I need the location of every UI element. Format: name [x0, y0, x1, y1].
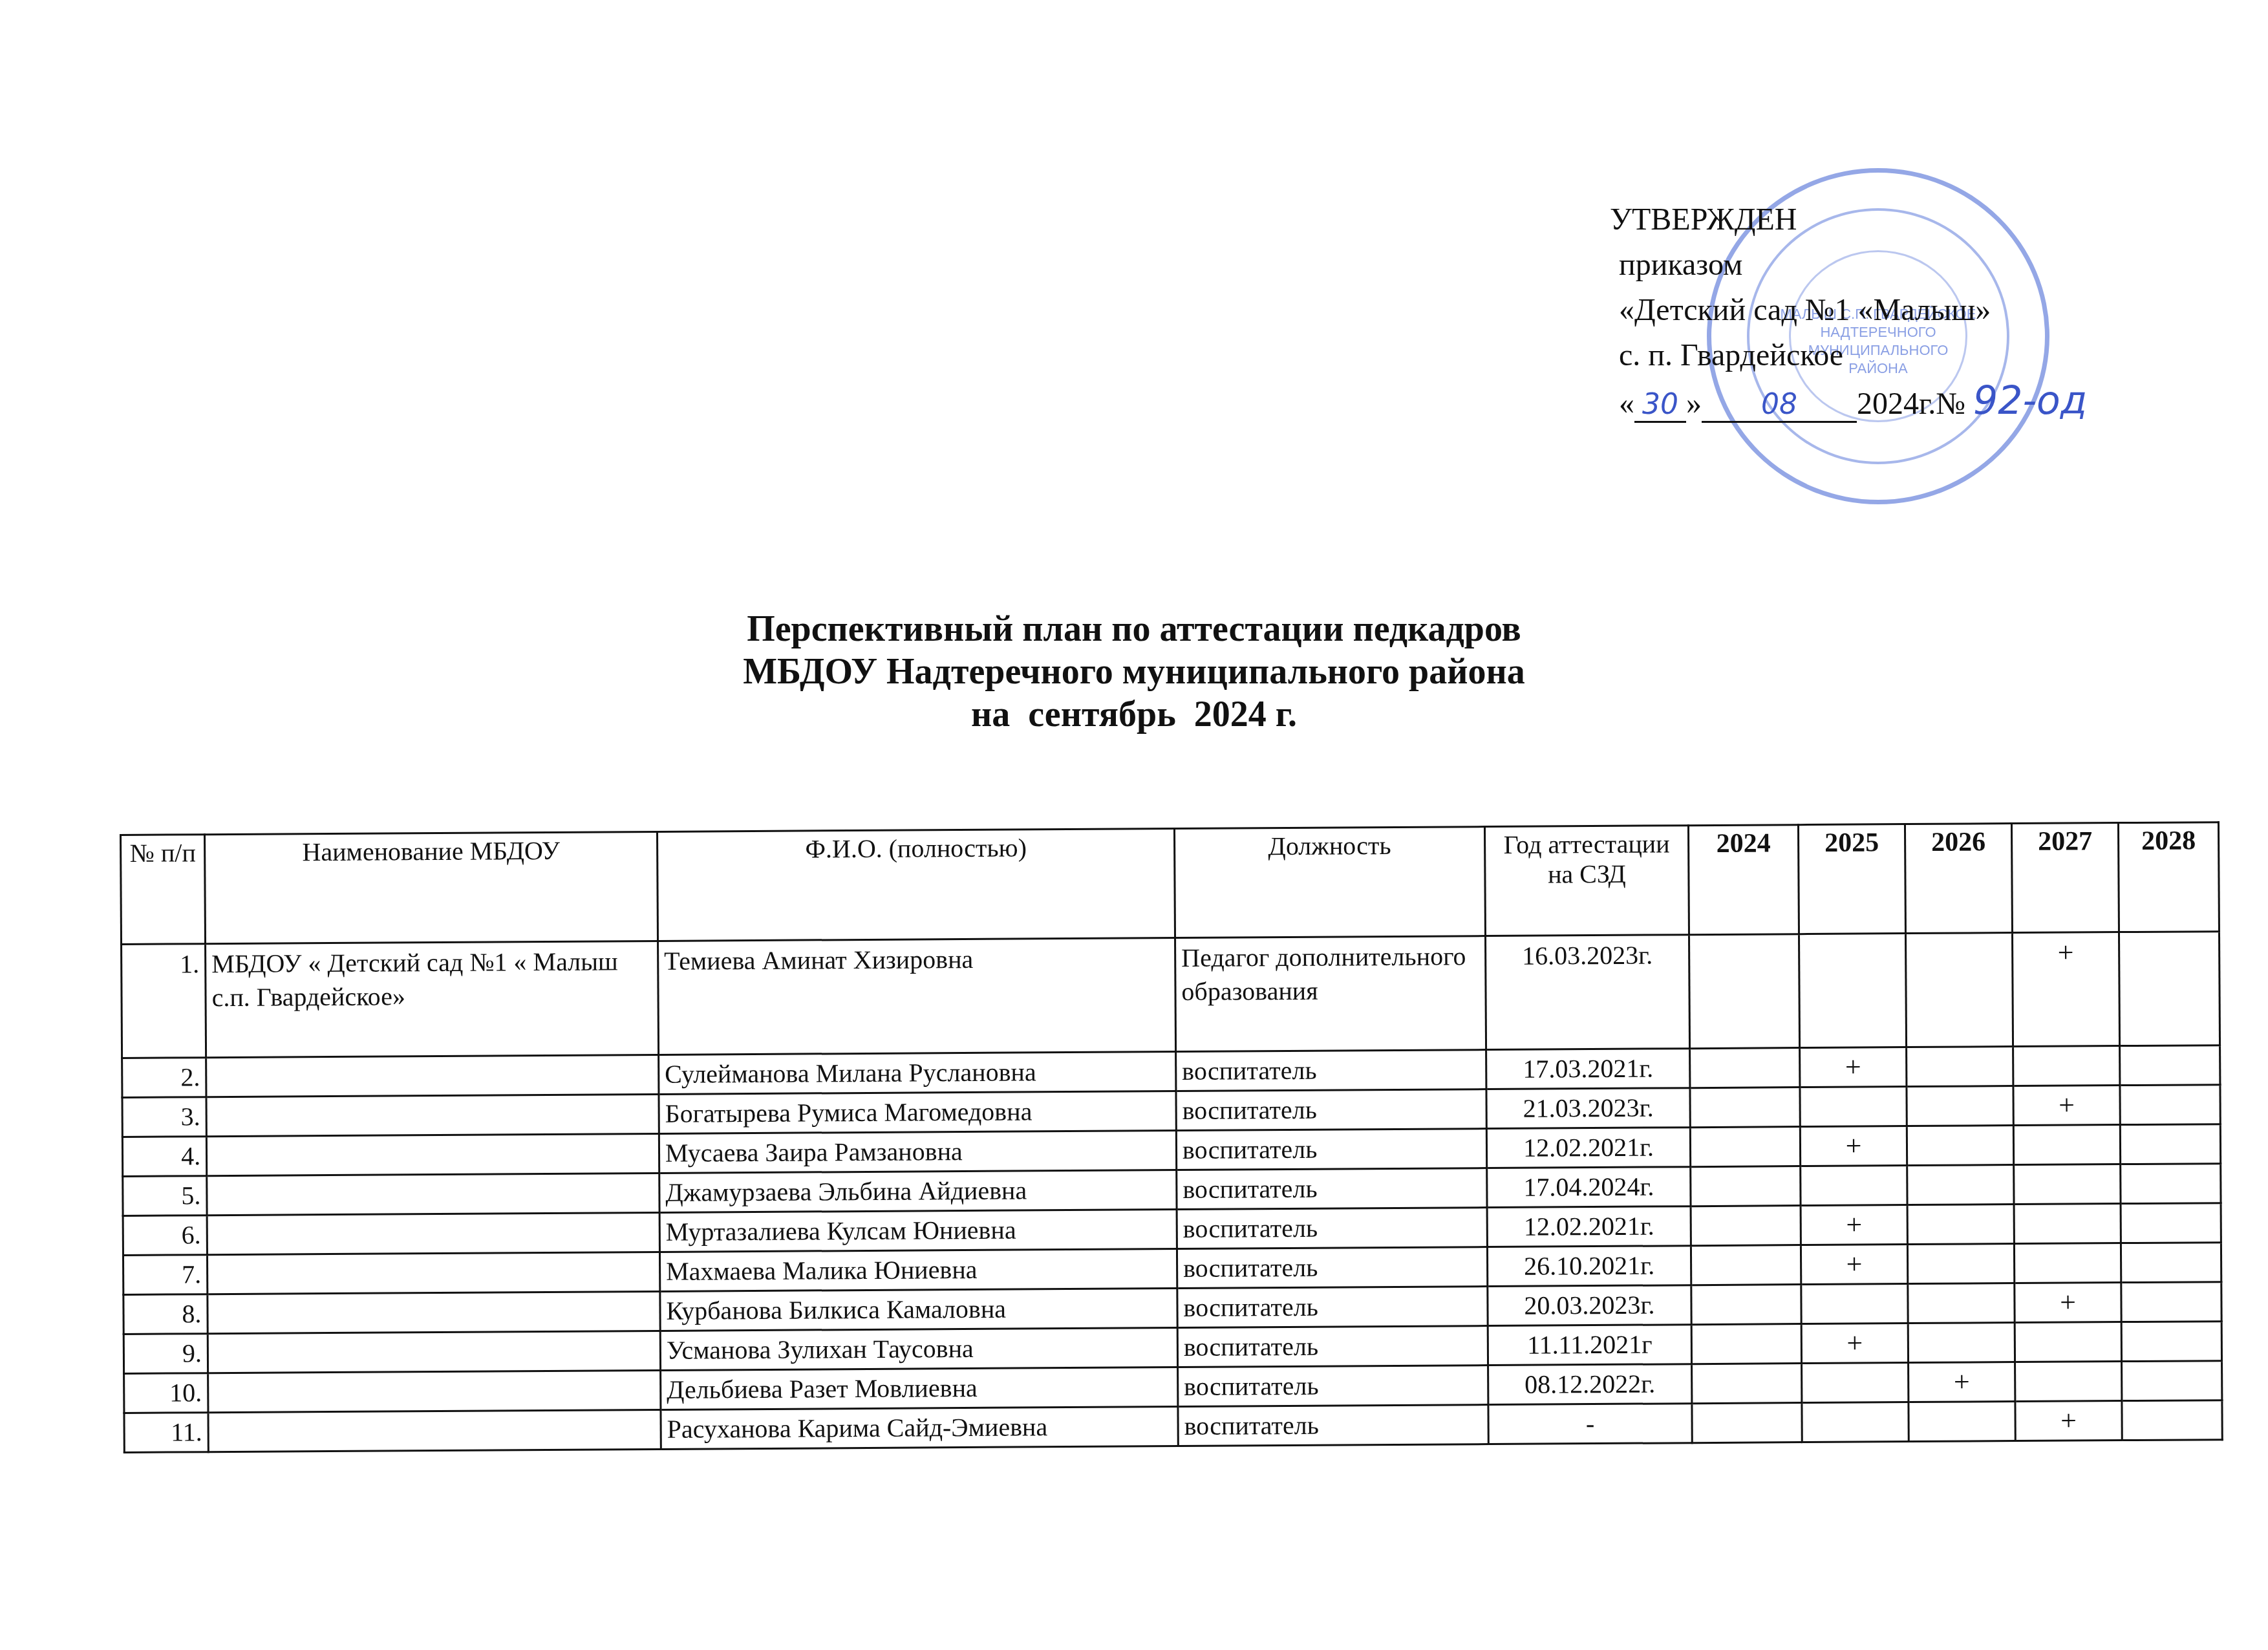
row-organization — [207, 1212, 659, 1254]
approval-order-label: приказом — [1610, 242, 2087, 288]
row-mark-2027: + — [2015, 1401, 2122, 1441]
row-mark-2024 — [1691, 1285, 1801, 1325]
row-number: 4. — [122, 1137, 206, 1177]
row-mark-2027: + — [2013, 1086, 2120, 1126]
row-mark-2026 — [1907, 1244, 2014, 1284]
row-mark-2024 — [1691, 1166, 1801, 1206]
row-mark-2024 — [1690, 1048, 1800, 1088]
row-position: воспитатель — [1176, 1050, 1486, 1091]
row-organization — [207, 1173, 659, 1215]
row-number: 10. — [124, 1373, 208, 1413]
row-organization — [208, 1331, 660, 1373]
row-mark-2028 — [2121, 1164, 2221, 1204]
row-mark-2027 — [2014, 1204, 2121, 1244]
row-number: 5. — [123, 1176, 207, 1216]
row-mark-2027 — [2015, 1322, 2121, 1362]
row-mark-2028 — [2121, 1322, 2221, 1362]
row-mark-2028 — [2120, 1045, 2220, 1086]
row-attestation-date: 17.03.2021г. — [1486, 1049, 1690, 1089]
row-mark-2026: + — [1909, 1362, 2015, 1402]
row-position: воспитатель — [1178, 1405, 1488, 1446]
approval-organization: «Детский сад №1 «Малыш» — [1610, 288, 2087, 333]
row-mark-2028 — [2120, 1124, 2220, 1164]
title-line-1: Перспективный план по аттестации педкадр… — [0, 608, 2268, 650]
row-position: воспитатель — [1177, 1287, 1488, 1328]
quote-close: » — [1686, 387, 1702, 421]
header-2027: 2027 — [2011, 823, 2119, 933]
header-2026: 2026 — [1905, 824, 2012, 934]
row-mark-2024 — [1692, 1364, 1802, 1404]
row-mark-2024 — [1691, 1245, 1801, 1285]
row-mark-2024 — [1691, 1206, 1801, 1246]
approval-settlement: с. п. Гвардейское — [1610, 333, 2087, 378]
row-position: воспитатель — [1177, 1326, 1488, 1367]
row-mark-2028 — [2122, 1361, 2222, 1401]
row-number: 3. — [122, 1097, 206, 1137]
row-organization — [206, 1133, 659, 1175]
row-mark-2028 — [2121, 1243, 2221, 1283]
row-fio: Усманова Зулихан Таусовна — [660, 1328, 1177, 1371]
row-mark-2026 — [1905, 933, 2013, 1047]
header-num: № п/п — [121, 835, 206, 945]
row-number: 2. — [122, 1058, 206, 1098]
approval-block: УТВЕРЖДЕН приказом «Детский сад №1 «Малы… — [1610, 197, 2087, 427]
row-number: 8. — [123, 1294, 208, 1334]
row-number: 1. — [122, 944, 206, 1058]
row-mark-2028 — [2121, 1203, 2221, 1243]
row-fio: Расуханова Карима Сайд-Эмиевна — [661, 1407, 1178, 1450]
approval-date-line: «30»082024г.№ 92-од — [1610, 378, 2087, 427]
row-mark-2027 — [2014, 1243, 2121, 1283]
row-organization — [206, 1094, 659, 1136]
row-mark-2028 — [2120, 1085, 2220, 1125]
row-number: 9. — [123, 1334, 208, 1374]
approval-heading: УТВЕРЖДЕН — [1610, 197, 2087, 242]
row-mark-2027: + — [2015, 1283, 2121, 1323]
row-mark-2025 — [1800, 1087, 1907, 1127]
row-mark-2027: + — [2012, 932, 2119, 1047]
table-row: 1.МБДОУ « Детский сад №1 « Малыш с.п. Гв… — [122, 932, 2220, 1058]
row-position: воспитатель — [1177, 1208, 1487, 1249]
row-mark-2025 — [1799, 934, 1906, 1048]
row-mark-2026 — [1908, 1283, 2015, 1323]
row-organization — [208, 1409, 661, 1452]
row-number: 11. — [124, 1413, 208, 1453]
row-organization — [207, 1252, 659, 1294]
row-organization — [206, 1055, 659, 1097]
table-body: 1.МБДОУ « Детский сад №1 « Малыш с.п. Гв… — [122, 932, 2223, 1453]
row-mark-2025: + — [1801, 1323, 1908, 1364]
header-2028: 2028 — [2118, 822, 2219, 932]
row-mark-2027 — [2014, 1164, 2121, 1205]
row-attestation-date: - — [1488, 1404, 1692, 1444]
row-fio: Богатырева Румиса Магомедовна — [659, 1091, 1176, 1134]
row-mark-2025: + — [1801, 1205, 1907, 1245]
row-mark-2025 — [1802, 1363, 1909, 1403]
document-title: Перспективный план по аттестации педкадр… — [0, 608, 2268, 736]
row-mark-2025: + — [1800, 1047, 1907, 1087]
header-org: Наименование МБДОУ — [205, 831, 658, 943]
row-position: Педагог дополнительного образования — [1175, 936, 1486, 1052]
row-mark-2026 — [1907, 1205, 2014, 1245]
row-fio: Сулейманова Милана Руслановна — [659, 1052, 1176, 1095]
row-attestation-date: 12.02.2021г. — [1487, 1206, 1691, 1247]
row-fio: Джамурзаева Эльбина Айдиевна — [659, 1170, 1177, 1213]
approval-year: 2024г.№ — [1857, 387, 1965, 421]
row-mark-2025 — [1802, 1402, 1909, 1442]
row-position: воспитатель — [1176, 1089, 1486, 1131]
row-attestation-date: 21.03.2023г. — [1486, 1088, 1690, 1129]
row-fio: Муртазалиева Кулсам Юниевна — [659, 1210, 1177, 1252]
quote-open: « — [1619, 387, 1634, 421]
row-mark-2026 — [1907, 1086, 2013, 1126]
row-organization — [208, 1370, 661, 1412]
row-mark-2026 — [1907, 1126, 2013, 1166]
row-attestation-date: 11.11.2021г — [1488, 1325, 1691, 1366]
row-mark-2025: + — [1800, 1126, 1907, 1166]
row-position: воспитатель — [1177, 1247, 1487, 1289]
row-mark-2024 — [1690, 1127, 1800, 1167]
row-organization: МБДОУ « Детский сад №1 « Малыш с.п. Гвар… — [206, 941, 659, 1057]
row-fio: Темиева Аминат Хизировна — [658, 938, 1176, 1055]
row-mark-2026 — [1907, 1165, 2014, 1205]
row-mark-2027 — [2013, 1125, 2120, 1165]
row-fio: Курбанова Билкиса Камаловна — [660, 1289, 1177, 1331]
row-mark-2025 — [1801, 1284, 1908, 1324]
row-attestation-date: 17.04.2024г. — [1487, 1167, 1691, 1208]
row-position: воспитатель — [1178, 1366, 1488, 1407]
handwritten-day: 30 — [1634, 389, 1686, 423]
row-mark-2026 — [1909, 1402, 2015, 1442]
row-mark-2028 — [2119, 932, 2220, 1046]
row-mark-2026 — [1907, 1047, 2013, 1087]
handwritten-order-number: 92-од — [1973, 378, 2087, 423]
row-number: 6. — [123, 1216, 207, 1256]
row-position: воспитатель — [1176, 1129, 1486, 1170]
row-mark-2026 — [1908, 1323, 2015, 1363]
row-fio: Дельбиева Разет Мовлиевна — [661, 1367, 1178, 1410]
row-mark-2024 — [1692, 1403, 1802, 1443]
row-position: воспитатель — [1177, 1168, 1487, 1210]
row-mark-2025: + — [1801, 1245, 1907, 1285]
row-number: 7. — [123, 1255, 207, 1295]
row-fio: Мусаева Заира Рамзановна — [659, 1131, 1176, 1173]
title-line-2: МБДОУ Надтеречного муниципального района — [0, 650, 2268, 693]
row-mark-2025 — [1801, 1166, 1907, 1206]
row-attestation-date: 16.03.2023г. — [1486, 935, 1690, 1050]
table-header-row: № п/п Наименование МБДОУ Ф.И.О. (полност… — [121, 822, 2220, 945]
row-mark-2027 — [2015, 1362, 2122, 1402]
row-attestation-date: 12.02.2021г. — [1486, 1128, 1690, 1168]
row-mark-2024 — [1689, 934, 1799, 1049]
row-mark-2024 — [1691, 1324, 1801, 1364]
header-attestation-year: Год аттестации на СЗД — [1484, 826, 1689, 936]
title-line-3: на сентябрь 2024 г. — [0, 693, 2268, 736]
row-fio: Махмаева Малика Юниевна — [659, 1249, 1177, 1292]
row-mark-2028 — [2122, 1400, 2222, 1441]
row-mark-2024 — [1690, 1087, 1800, 1128]
header-2024: 2024 — [1688, 825, 1799, 935]
row-attestation-date: 20.03.2023г. — [1488, 1285, 1691, 1326]
row-attestation-date: 26.10.2021г. — [1487, 1246, 1691, 1287]
row-organization — [208, 1291, 660, 1333]
row-attestation-date: 08.12.2022г. — [1488, 1364, 1692, 1405]
header-2025: 2025 — [1798, 824, 1905, 934]
attestation-plan-table: № п/п Наименование МБДОУ Ф.И.О. (полност… — [120, 821, 2223, 1453]
row-mark-2027 — [2013, 1046, 2120, 1086]
row-mark-2028 — [2121, 1282, 2221, 1322]
header-position: Должность — [1174, 827, 1485, 938]
header-fio: Ф.И.О. (полностью) — [657, 829, 1175, 941]
handwritten-month: 08 — [1702, 389, 1857, 423]
